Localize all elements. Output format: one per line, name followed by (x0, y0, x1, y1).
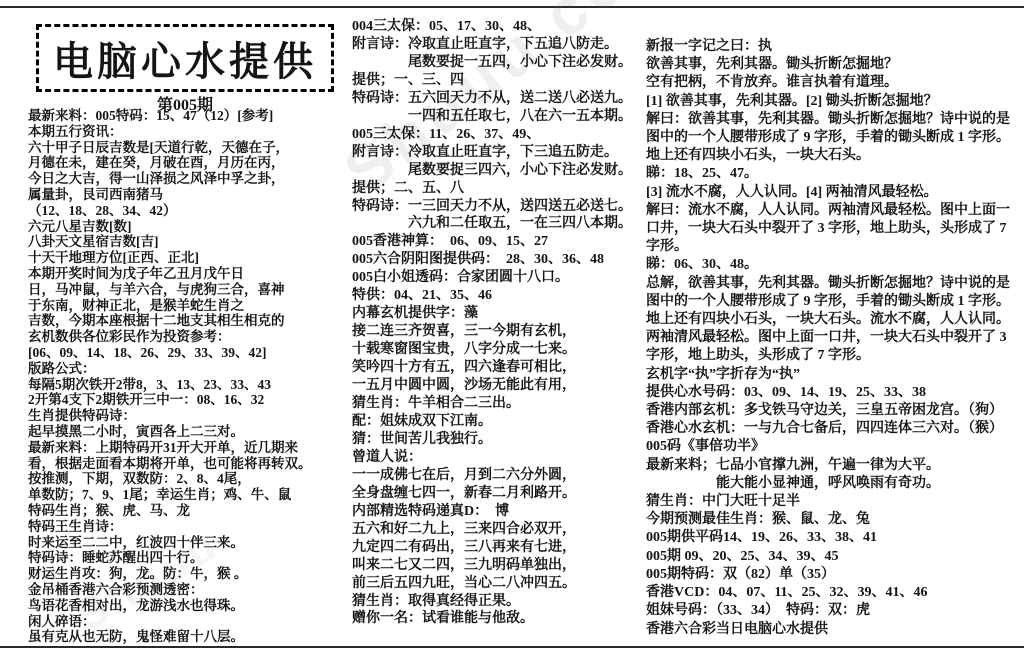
text-line: 005码《事倍功半》 (646, 438, 1022, 456)
text-line: 附言诗：冷取直止旺直字，下三追五防走。 (352, 144, 648, 162)
text-line: 空有把柄，不肯放弃。谁言执着有道理。 (646, 74, 1022, 92)
text-line: 香港内部玄机：多戈铁马守边关，三皇五帝困龙宫。（狗） (646, 402, 1022, 420)
text-line: 时来运至二二中，红波四十伴三来。 (28, 535, 350, 551)
text-line: 本期五行资讯： (28, 124, 350, 140)
text-line: 特供：04、21、35、46 (352, 287, 648, 305)
text-line: 起早摸黑二小时，寅酉各上二三对。 (28, 424, 350, 440)
text-line: 本期开奖时间为戊子年乙丑月戊午日 (28, 266, 350, 282)
text-line: 图中的一个人腰带形成了 9 字形，手着的锄头断成 1 字形。 (646, 293, 1022, 311)
text-line: 字形。 (646, 238, 1022, 256)
text-line: 曾道人说： (352, 449, 648, 467)
text-line: 虽有克从也无防，鬼怪难留十八层。 (28, 629, 350, 645)
text-line: 尾数要捉一五四，小心下注必发财。 (352, 54, 648, 72)
text-line: 004三太保：05、17、30、48、 (352, 18, 648, 36)
text-line: 005六合阴阳图提供码： 28、30、36、48 (352, 251, 648, 269)
text-line: 提供；二、五、八 (352, 180, 648, 198)
text-line: 财运生肖攻：狗，龙。防：牛，猴 。 (28, 566, 350, 582)
text-line: 欲善其事，先利其器。锄头折断怎掘地？ (646, 56, 1022, 74)
text-line: 生肖提供特码诗： (28, 408, 350, 424)
text-line: 香港心水玄机：一与九合七备后，四四连体三六对。（猴） (646, 420, 1022, 438)
text-line: 今日之大吉，得一山泽损之风泽中孚之卦， (28, 171, 350, 187)
text-line: 内幕玄机提供字：藻 (352, 305, 648, 323)
text-line: 附言诗：冷取直止旺直字，下五追八防走。 (352, 36, 648, 54)
text-line: 今期预测最佳生肖：猴、鼠、龙、兔 (646, 511, 1022, 529)
text-line: 005白小姐透码：合家团圆十八口。 (352, 269, 648, 287)
text-line: 提供；一、三、四 (352, 72, 648, 90)
text-line: 005期供平码14、19、26、33、38、41 (646, 529, 1022, 547)
text-line: 按推测，下期，双数防：2、8、4尾， (28, 471, 350, 487)
text-line: 内部精选特码递真D： 博 (352, 503, 648, 521)
text-line: 总解，欲善其事，先利其器。锄头折断怎掘地？诗中说的是 (646, 275, 1022, 293)
text-line: 姐妹号码：（33、34） 特码：双：虎 (646, 602, 1022, 620)
text-line: 九定四二有码出，三八再来有七进， (352, 539, 648, 557)
text-line: 属量卦，艮司西南猪马 (28, 187, 350, 203)
text-line: 香港六合彩当日电脑心水提供 (646, 621, 1022, 639)
top-rule (0, 6, 1024, 8)
bottom-rule (0, 646, 1024, 648)
text-line: 叫来二七又二四，三九明码单独出， (352, 557, 648, 575)
text-line: 睇：18、25、47。 (646, 165, 1022, 183)
text-line: （12、18、28、34、42） (28, 203, 350, 219)
text-line: 笑吟四十方有五，四六逢春可相比， (352, 359, 648, 377)
right-column: 新报一字记之曰：执欲善其事，先利其器。锄头折断怎掘地？空有把柄，不肯放弃。谁言执… (646, 38, 1022, 639)
lottery-tip-sheet: Shuuu.co Shuuu 电脑心水提供 第005期 最新来料：005特码：1… (0, 0, 1024, 653)
text-line: 玄机字“执”字折存为“执” (646, 366, 1022, 384)
text-line: 解曰：流水不腐，人人认同。两袖清风最轻松。图中上面一 (646, 202, 1022, 220)
text-line: 玄机数供各位彩民作为投资参考： (28, 329, 350, 345)
middle-column: 004三太保：05、17、30、48、附言诗：冷取直止旺直字，下五追八防走。 尾… (352, 18, 648, 628)
text-line: 单数防；7、9、1尾；幸运生肖；鸡、牛、鼠 (28, 487, 350, 503)
text-line: 字形，地上助头，头形成了 7 字形。 (646, 347, 1022, 365)
text-line: 新报一字记之曰：执 (646, 38, 1022, 56)
text-line: 2开第4支下2期铁开三中一：08、16、32 (28, 392, 350, 408)
text-line: 005香港神算： 06、09、15、27 (352, 233, 648, 251)
text-line: 猜：世间苦儿我独行。 (352, 431, 648, 449)
text-line: 解曰：欲善其事，先利其器。锄头折断怎掘地？诗中说的是 (646, 111, 1022, 129)
text-line: 睇：06、30、48。 (646, 256, 1022, 274)
text-line: 六元八星吉数[数] (28, 219, 350, 235)
text-line: 005期特码：双（82）单（35） (646, 566, 1022, 584)
text-line: 六十甲子日辰吉数是[天道行乾，天德在子， (28, 140, 350, 156)
text-line: 最新来料：上期特码开31开大开单，近几期来 (28, 440, 350, 456)
text-line: 香港VCD：04、07、11、25、32、39、41、46 (646, 584, 1022, 602)
text-line: 接二连三齐贺喜，三一今期有玄机， (352, 323, 648, 341)
text-line: 特码诗：五六回天力不从，送二送八必送九。 (352, 90, 648, 108)
text-line: 一五月中圆中圆，沙场无能此有用， (352, 377, 648, 395)
text-line: 赠你一名：试看谁能与他敌。 (352, 610, 648, 628)
text-line: 特码诗：一三回天力不从，送四送五必送七。 (352, 198, 648, 216)
text-line: 十载寒窗图宝贵，八字分成一七来。 (352, 341, 648, 359)
text-line: 特码王生肖诗： (28, 519, 350, 535)
text-line: 猜生肖：牛羊相合二三出。 (352, 395, 648, 413)
text-line: 配：姐妹成双下江南。 (352, 413, 648, 431)
text-line: 一一成佛七在后，月到二六分外圆， (352, 467, 648, 485)
text-line: 地上还有四块小石头，一块大石头。流水不腐，人人认同。 (646, 311, 1022, 329)
text-line: [06、09、14、18、26、29、33、39、42] (28, 345, 350, 361)
text-line: 鸟语花香相对出，龙游浅水也得珠。 (28, 598, 350, 614)
text-line: 尾数要捉三四六，小心下注必发财。 (352, 162, 648, 180)
text-line: 猜生肖：取得真经得正果。 (352, 593, 648, 611)
text-line: 六九和二任取五，一在三四八本期。 (352, 215, 648, 233)
text-line: 最新来料；七品小官撑九洲，午遍一律为大平。 (646, 457, 1022, 475)
text-line: 特码生肖；猴、虎、马、龙 (28, 503, 350, 519)
text-line: 版路公式： (28, 361, 350, 377)
text-line: 看，根据走面看本期将开单，也可能将再转双。 (28, 456, 350, 472)
text-line: 最新来料：005特码：15、47（12）[参考] (28, 108, 350, 124)
text-line: 猜生肖：中门大旺十足半 (646, 493, 1022, 511)
text-line: 月德在未，建在癸，月破在酉，月历在丙， (28, 155, 350, 171)
text-line: 特码诗：睡蛇苏醒出四十行。 (28, 550, 350, 566)
text-line: 每隔5期次铁开2带8，3、13、23、33、43 (28, 377, 350, 393)
text-line: 地上还有四块小石头，一块大石头。 (646, 147, 1022, 165)
text-line: 一四和五任取七，八在六一五本期。 (352, 108, 648, 126)
text-line: 五六和好二九上，三来四合必双开， (352, 521, 648, 539)
text-line: [3] 流水不腐，人人认同。[4] 两袖清风最轻松。 (646, 184, 1022, 202)
text-line: 闲人碎语： (28, 614, 350, 630)
text-line: 005期 09、20、25、34、39、45 (646, 548, 1022, 566)
text-line: 两袖清风最轻松。图中上面一口井，一块大石头中裂开了 3 (646, 329, 1022, 347)
text-line: 005三太保：11、26、37、49、 (352, 126, 648, 144)
left-column: 最新来料：005特码：15、47（12）[参考]本期五行资讯：六十甲子日辰吉数是… (28, 108, 350, 645)
page-title: 电脑心水提供 (53, 30, 317, 87)
text-line: 能大能小显神通，呼风唤雨有奇功。 (646, 475, 1022, 493)
text-line: 于东南，财神正北，是猴羊蛇生肖之 (28, 298, 350, 314)
text-line: 日，马冲鼠，与羊六合，与虎狗三合，喜神 (28, 282, 350, 298)
text-line: 全身盘缠七四一，新春二月利路开。 (352, 485, 648, 503)
text-line: 十天干地理方位[正西、正北] (28, 250, 350, 266)
text-line: 吉数，今期本座根据十二地支其相生相克的 (28, 313, 350, 329)
text-line: 图中的一个人腰带形成了 9 字形，手着的锄头断成 1 字形。 (646, 129, 1022, 147)
text-line: 前三后五四九旺，当心二八冲四五。 (352, 575, 648, 593)
text-line: 提供心水号码：03、09、14、19、25、33、38 (646, 384, 1022, 402)
text-line: 金吊桶香港六合彩预测透密： (28, 582, 350, 598)
text-line: 口井，一块大石头中裂开了 3 字形，地上助头，头形成了 7 (646, 220, 1022, 238)
text-line: 八卦天文星宿吉数[吉] (28, 234, 350, 250)
text-line: [1] 欲善其事，先利其器。[2] 锄头折断怎掘地？ (646, 93, 1022, 111)
title-box: 电脑心水提供 (36, 24, 334, 92)
